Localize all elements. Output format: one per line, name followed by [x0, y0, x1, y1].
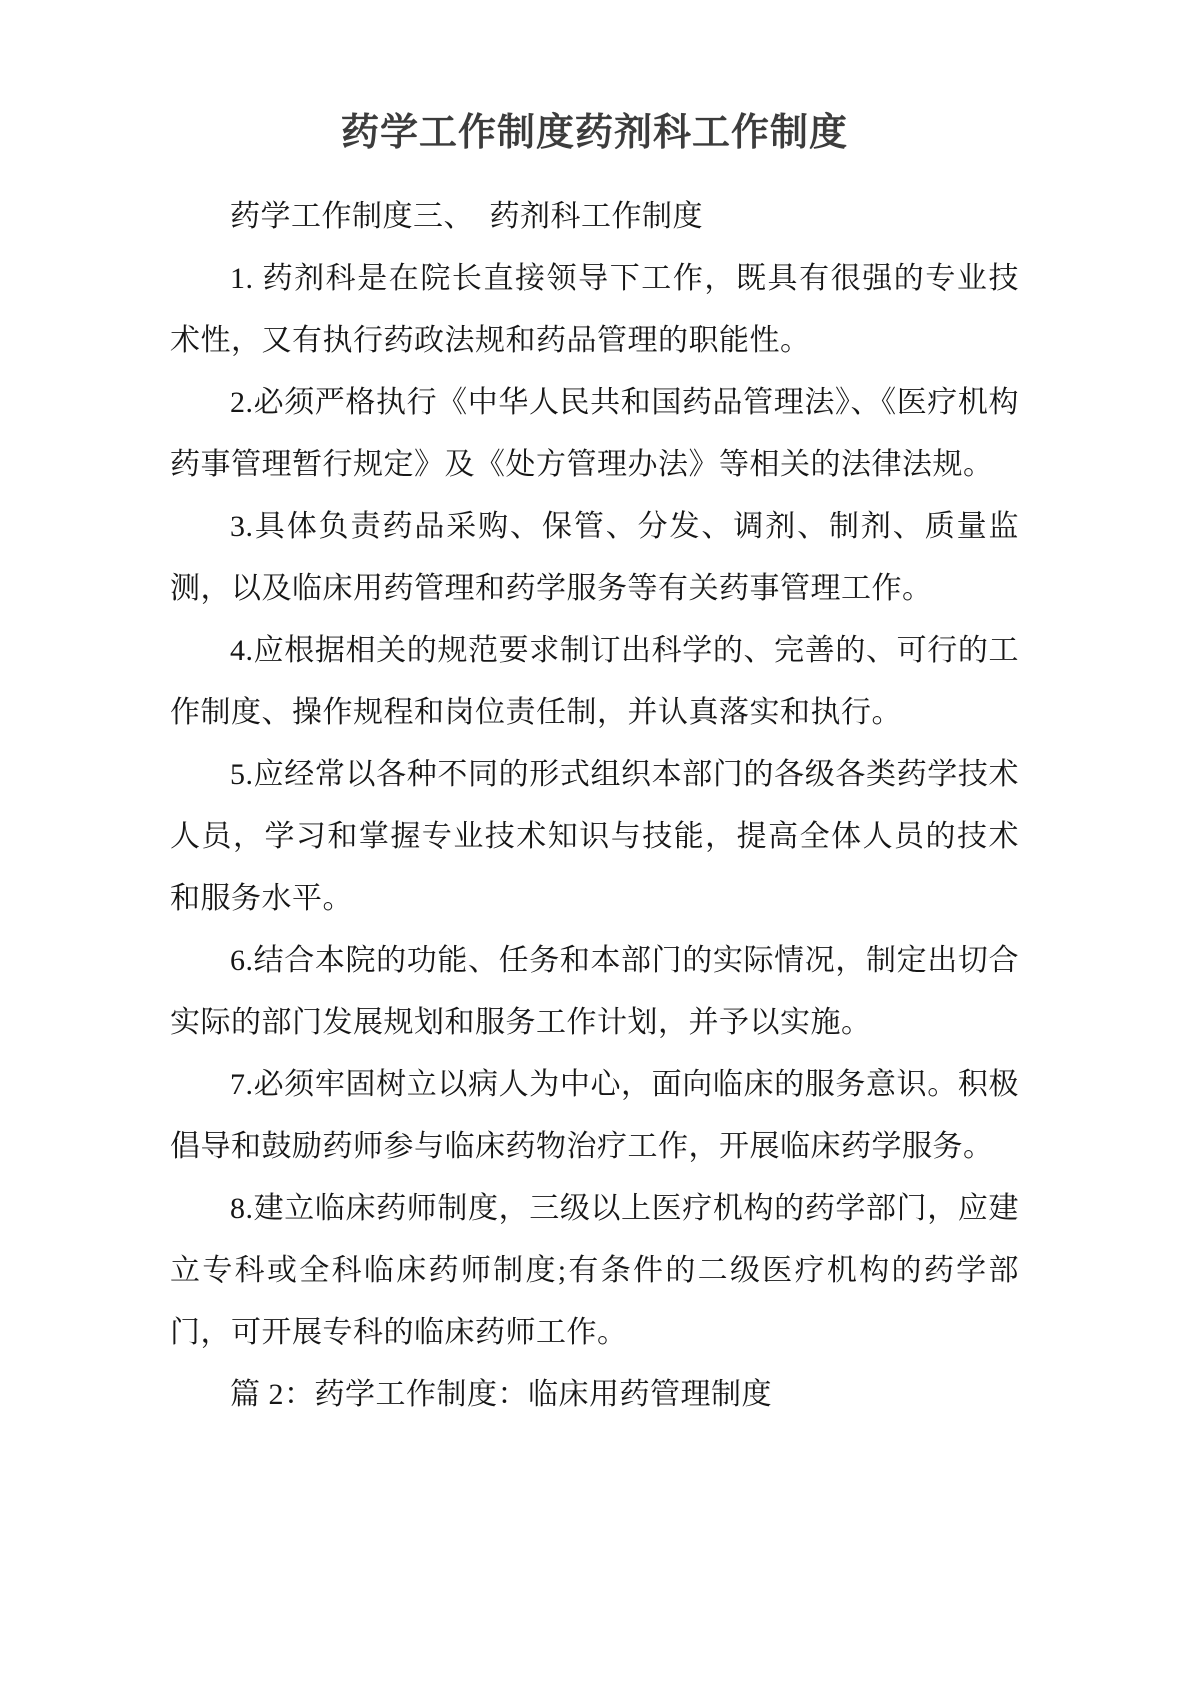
- paragraph-item-5: 5.应经常以各种不同的形式组织本部门的各级各类药学技术人员，学习和掌握专业技术知…: [170, 744, 1019, 930]
- document-title: 药学工作制度药剂科工作制度: [170, 108, 1019, 158]
- document-page: 药学工作制度药剂科工作制度 药学工作制度三、 药剂科工作制度 1. 药剂科是在院…: [0, 0, 1189, 1682]
- paragraph-item-6: 6.结合本院的功能、任务和本部门的实际情况，制定出切合实际的部门发展规划和服务工…: [170, 930, 1019, 1054]
- paragraph-item-7: 7.必须牢固树立以病人为中心，面向临床的服务意识。积极倡导和鼓励药师参与临床药物…: [170, 1054, 1019, 1178]
- paragraph-item-3: 3.具体负责药品采购、保管、分发、调剂、制剂、质量监测，以及临床用药管理和药学服…: [170, 496, 1019, 620]
- paragraph-item-8: 8.建立临床药师制度，三级以上医疗机构的药学部门，应建立专科或全科临床药师制度;…: [170, 1178, 1019, 1364]
- paragraph-intro: 药学工作制度三、 药剂科工作制度: [170, 186, 1019, 248]
- document-body: 药学工作制度三、 药剂科工作制度 1. 药剂科是在院长直接领导下工作，既具有很强…: [170, 186, 1019, 1426]
- paragraph-item-4: 4.应根据相关的规范要求制订出科学的、完善的、可行的工作制度、操作规程和岗位责任…: [170, 620, 1019, 744]
- paragraph-item-1: 1. 药剂科是在院长直接领导下工作，既具有很强的专业技术性，又有执行药政法规和药…: [170, 248, 1019, 372]
- paragraph-section-2-heading: 篇 2：药学工作制度：临床用药管理制度: [170, 1364, 1019, 1426]
- paragraph-item-2: 2.必须严格执行《中华人民共和国药品管理法》、《医疗机构药事管理暂行规定》及《处…: [170, 372, 1019, 496]
